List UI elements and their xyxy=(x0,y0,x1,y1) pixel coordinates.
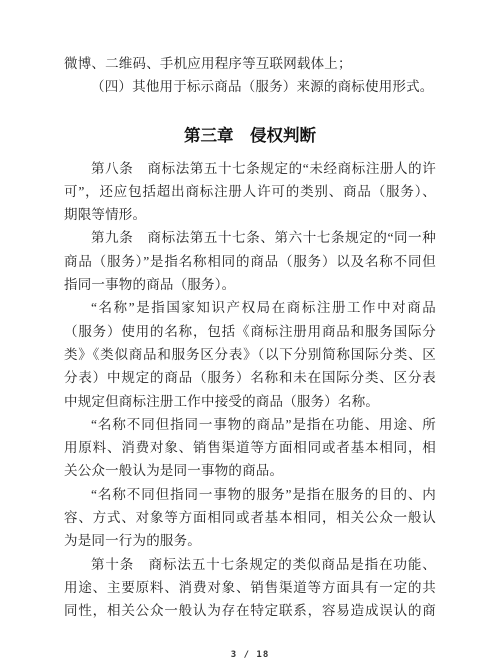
text-line: 中规定但商标注册工作中接受的商品（服务）名称。 xyxy=(64,390,436,413)
paragraph: “名称不同但指同一事物的服务”是指在服务的目的、内容、方式、对象等方面相同或者基… xyxy=(64,483,436,553)
text-line: 第十条 商标法五十七条规定的类似商品是指在功能、 xyxy=(64,553,436,576)
paragraph: 微博、二维码、手机应用程序等互联网载体上； xyxy=(64,52,436,75)
text-line: 关公众一般认为是同一事物的商品。 xyxy=(64,459,436,482)
chapter-heading: 第三章 侵权判断 xyxy=(64,123,436,149)
paragraph: “名称不同但指同一事物的商品”是指在功能、用途、所用原料、消费对象、销售渠道等方… xyxy=(64,413,436,483)
paragraph: 第八条 商标法第五十七条规定的“未经商标注册人的许可”，还应包括超出商标注册人许… xyxy=(64,157,436,227)
paragraph: “名称”是指国家知识产权局在商标注册工作中对商品（服务）使用的名称，包括《商标注… xyxy=(64,296,436,412)
text-line: （四）其他用于标示商品（服务）来源的商标使用形式。 xyxy=(64,75,436,98)
document-page: 微博、二维码、手机应用程序等互联网载体上；（四）其他用于标示商品（服务）来源的商… xyxy=(0,0,500,672)
text-line: 用原料、消费对象、销售渠道等方面相同或者基本相同，相 xyxy=(64,436,436,459)
text-line: 第八条 商标法第五十七条规定的“未经商标注册人的许 xyxy=(64,157,436,180)
text-line: 微博、二维码、手机应用程序等互联网载体上； xyxy=(64,52,436,75)
text-line: 第九条 商标法第五十七条、第六十七条规定的“同一种 xyxy=(64,226,436,249)
text-line: 类》《类似商品和服务区分表》（以下分别简称国际分类、区 xyxy=(64,343,436,366)
text-line: 可”，还应包括超出商标注册人许可的类别、商品（服务）、 xyxy=(64,180,436,203)
document-content: 微博、二维码、手机应用程序等互联网载体上；（四）其他用于标示商品（服务）来源的商… xyxy=(64,52,436,623)
page-footer: 3 / 18 xyxy=(0,650,500,660)
text-line: “名称不同但指同一事物的服务”是指在服务的目的、内 xyxy=(64,483,436,506)
text-line: 同性，相关公众一般认为存在特定联系，容易造成误认的商 xyxy=(64,599,436,622)
text-line: “名称不同但指同一事物的商品”是指在功能、用途、所 xyxy=(64,413,436,436)
text-line: （服务）使用的名称，包括《商标注册用商品和服务国际分 xyxy=(64,320,436,343)
paragraph: 第九条 商标法第五十七条、第六十七条规定的“同一种商品（服务）”是指名称相同的商… xyxy=(64,226,436,296)
paragraph: （四）其他用于标示商品（服务）来源的商标使用形式。 xyxy=(64,75,436,98)
page-number: 3 / 18 xyxy=(231,650,270,660)
paragraph: 第十条 商标法五十七条规定的类似商品是指在功能、用途、主要原料、消费对象、销售渠… xyxy=(64,553,436,623)
text-line: 期限等情形。 xyxy=(64,203,436,226)
text-line: 用途、主要原料、消费对象、销售渠道等方面具有一定的共 xyxy=(64,576,436,599)
text-line: 容、方式、对象等方面相同或者基本相同，相关公众一般认 xyxy=(64,506,436,529)
text-line: 为是同一行为的服务。 xyxy=(64,529,436,552)
text-line: 指同一事物的商品（服务）。 xyxy=(64,273,436,296)
text-line: “名称”是指国家知识产权局在商标注册工作中对商品 xyxy=(64,296,436,319)
text-line: 分表）中规定的商品（服务）名称和未在国际分类、区分表 xyxy=(64,366,436,389)
text-line: 商品（服务）”是指名称相同的商品（服务）以及名称不同但 xyxy=(64,250,436,273)
